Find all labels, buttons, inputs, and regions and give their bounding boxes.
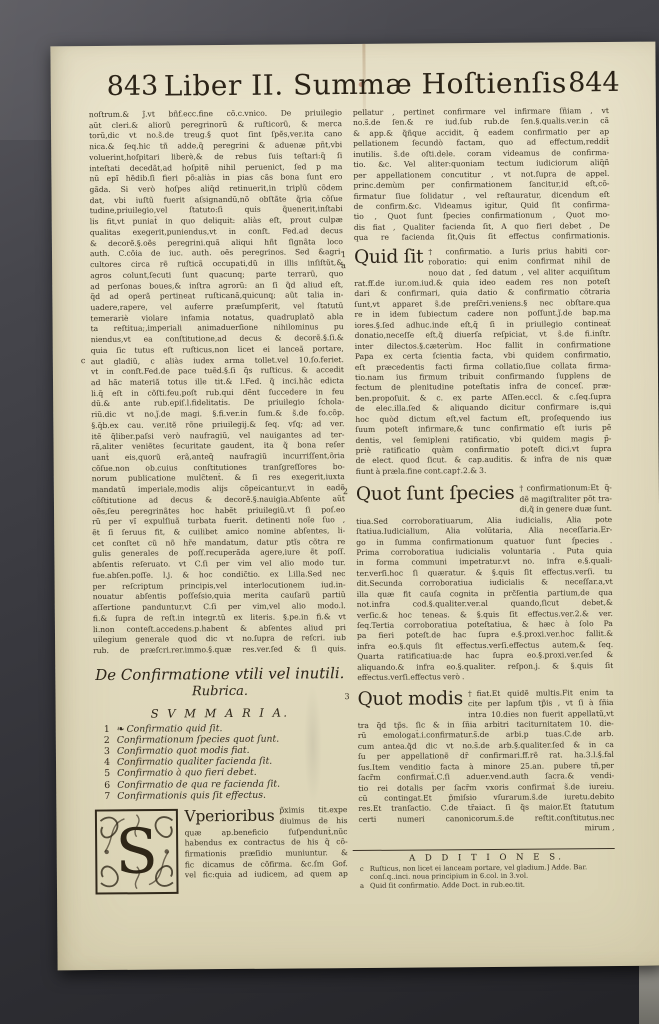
- item-number: 1: [94, 724, 117, 735]
- running-title: Liber II. Summæ Hoſtienſis: [164, 66, 567, 103]
- text-column-left: c noſtrum.& j̃.vt bñf.ecc.fine cõ.c.vnic…: [89, 108, 348, 895]
- opening-paragraph: S Vperioribus p̃ximis tit.expediuimus de…: [94, 805, 348, 882]
- item-number: 3: [94, 746, 117, 757]
- left-body-block: c noſtrum.& j̃.vt bñf.ecc.fine cõ.c.vnic…: [89, 108, 346, 657]
- item-text: Confirmationis quis ſit effectus.: [117, 790, 266, 802]
- section-quot-modis: 3 Quot modis †fiat.Et quidẽ multis.Fit e…: [357, 688, 614, 836]
- paragraph: noſtrum.& j̃.vt bñf.ecc.fine cõ.c.vnico.…: [89, 108, 346, 657]
- section-quot-species: 2 Quot ſunt ſpecies †confirmationum:Et q…: [356, 483, 614, 683]
- text-line: diuimus de his: [279, 816, 347, 827]
- item-number: 6: [94, 780, 117, 791]
- section-quid-sit: 1 a Quid ſit † confirmatio. a Iuris priu…: [354, 246, 612, 478]
- paragraph: di,q̃ in genere duæ ſunt. ſ.Corroboratiu…: [356, 504, 613, 673]
- section-headword: Quid ſit: [354, 247, 428, 268]
- margin-letter: c: [81, 356, 86, 365]
- text-line: firmationis præſidio muniuntur. &: [185, 848, 348, 860]
- item-text: Confirmationum ſpecies quot ſunt.: [117, 733, 279, 745]
- book-edge: [639, 966, 659, 1024]
- folio-number-left: 843: [107, 70, 159, 104]
- text-line: mirum ,: [359, 823, 615, 835]
- florette-icon: ❧: [117, 723, 127, 734]
- text-line: p̃ximis tit.expe: [279, 805, 347, 816]
- text-line: effectus.verſi.effectus verò .: [357, 671, 613, 683]
- entry-letter: c: [360, 865, 364, 874]
- opening-word: Vperioribus: [184, 806, 279, 828]
- item-text: Confirmatio quid ſit.: [126, 723, 222, 735]
- additiones-entry: a Quid ſit confirmatio. Adde Doct. in ru…: [359, 880, 615, 891]
- folio-number-right: 844: [568, 66, 620, 100]
- summaria-title: S V M M A R I A.: [94, 705, 347, 721]
- paragraph: pellatur , pertinet confirmare vel infir…: [353, 106, 610, 244]
- text-line: qua re facienda ſit,Quis ſit effectus co…: [354, 231, 610, 243]
- item-number: 4: [94, 757, 117, 768]
- text-line: rub. de præſcri.rer.immo.§.quæ res.ver.ſ…: [93, 644, 346, 657]
- section-headword: Quot ſunt ſpecies: [356, 484, 520, 506]
- right-intro-block: pellatur , pertinet confirmare vel infir…: [353, 106, 610, 244]
- text-column-right: pellatur , pertinet confirmare vel infir…: [353, 106, 615, 891]
- text-line: †confirmationum:Et q̃-: [519, 483, 612, 494]
- text-line: fiunt à præla.fine cont.cap†.2.& 3.: [356, 465, 612, 477]
- text-line: di,q̃ in genere duæ ſunt. ſ.Corroboratiu…: [519, 504, 612, 515]
- item-number: 7: [94, 791, 117, 802]
- item-number: 2: [94, 735, 117, 746]
- paragraph: nouo dat , ſed datum , vel aliter acquiſ…: [354, 267, 612, 467]
- paragraph: intra 10.dies non fuerit appellatũ,vt no…: [358, 708, 615, 825]
- rubric-subheading: Rubrica.: [93, 682, 346, 701]
- initial-letter: S: [115, 815, 158, 888]
- item-number: 5: [94, 768, 117, 779]
- summaria-list: 1 ❧ Confirmatio quid ſit. 2 Confirmation…: [94, 722, 348, 802]
- text-line: dẽ magiſtraliter põt tra-: [519, 494, 612, 505]
- entry-line: Quid ſit confirmatio. Adde Doct. in rub.…: [370, 880, 615, 891]
- ornamental-initial-S: S: [94, 808, 179, 895]
- entry-letter: a: [360, 882, 364, 891]
- margin-number: 2: [343, 487, 348, 496]
- section-headword: Quot modis: [357, 689, 468, 711]
- summaria-item: 7 Confirmationis quis ſit effectus.: [94, 789, 347, 802]
- rubric-heading: De Confirmatione vtili vel inutili.: [93, 664, 346, 684]
- text-line: cite per lapſum tp̃is , vt ſi à ſñia: [468, 698, 614, 710]
- text-line: vel fic:quia ad iudicem, ad quem ap: [185, 869, 348, 881]
- margin-letter: a: [341, 261, 346, 270]
- separator-rule: [353, 848, 615, 851]
- photo-background: 843 Liber II. Summæ Hoſtienſis 844 c noſ…: [0, 0, 659, 1024]
- margin-number: 1: [341, 250, 346, 259]
- additiones-entry: c Ruſticus, non licet ei lanceam portare…: [359, 863, 615, 882]
- margin-number: 3: [344, 692, 349, 701]
- book-page: 843 Liber II. Summæ Hoſtienſis 844 c noſ…: [50, 42, 659, 971]
